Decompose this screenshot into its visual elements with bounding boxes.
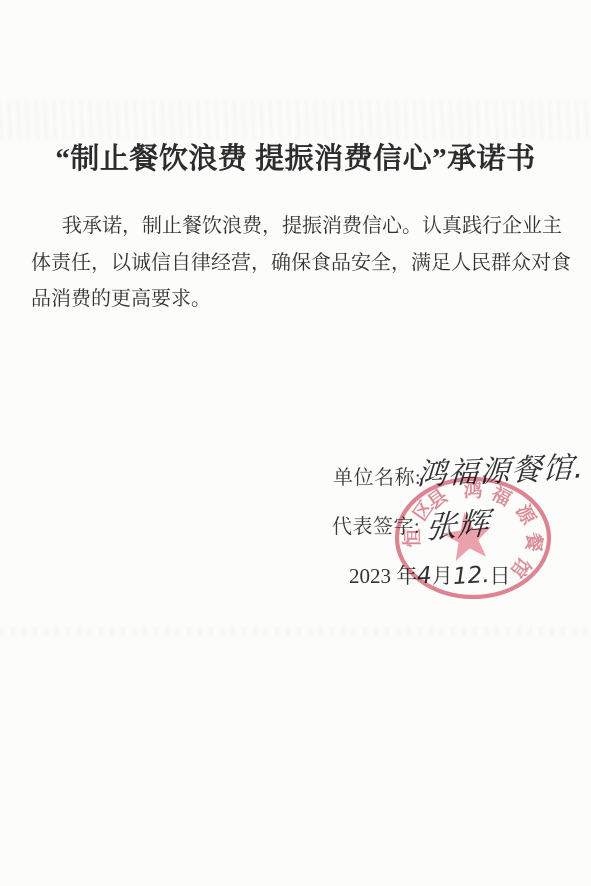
date-row: 2023 年4月12.日 — [349, 560, 510, 590]
document-title: “制止餐饮浪费 提振消费信心”承诺书 — [0, 136, 591, 177]
scan-artifact-bottom — [0, 626, 591, 636]
body-line-2: 体责任，以诚信自律经营，确保食品安全，满足人民群众对食 — [31, 245, 553, 282]
seal-ring-char: 馆 — [507, 554, 534, 581]
unit-name-label: 单位名称: — [333, 461, 421, 490]
date-month-unit: 月 — [432, 564, 453, 588]
seal-ring-char: 源 — [512, 502, 538, 528]
unit-name-handwritten: 鸿福源餐馆. — [416, 442, 587, 494]
date-year-printed: 2023 年 — [349, 564, 417, 588]
body-line-3: 品消费的更高要求。 — [31, 281, 553, 318]
body-paragraph: 我承诺，制止餐饮浪费，提振消费信心。认真践行企业主 体责任，以诚信自律经营，确保… — [31, 208, 553, 318]
date-day-handwritten: 12. — [452, 562, 490, 590]
seal-ring-char: 餐 — [522, 532, 543, 553]
representative-label: 代表签字: — [332, 510, 420, 539]
scan-artifact-top — [0, 102, 591, 138]
document-page: “制止餐饮浪费 提振消费信心”承诺书 我承诺，制止餐饮浪费，提振消费信心。认真践… — [0, 0, 591, 886]
body-line-1: 我承诺，制止餐饮浪费，提振消费信心。认真践行企业主 — [31, 208, 553, 245]
representative-signature-handwritten: 张辉 — [424, 498, 491, 548]
date-day-unit: 日 — [489, 564, 510, 588]
date-month-handwritten: 4 — [417, 563, 433, 590]
